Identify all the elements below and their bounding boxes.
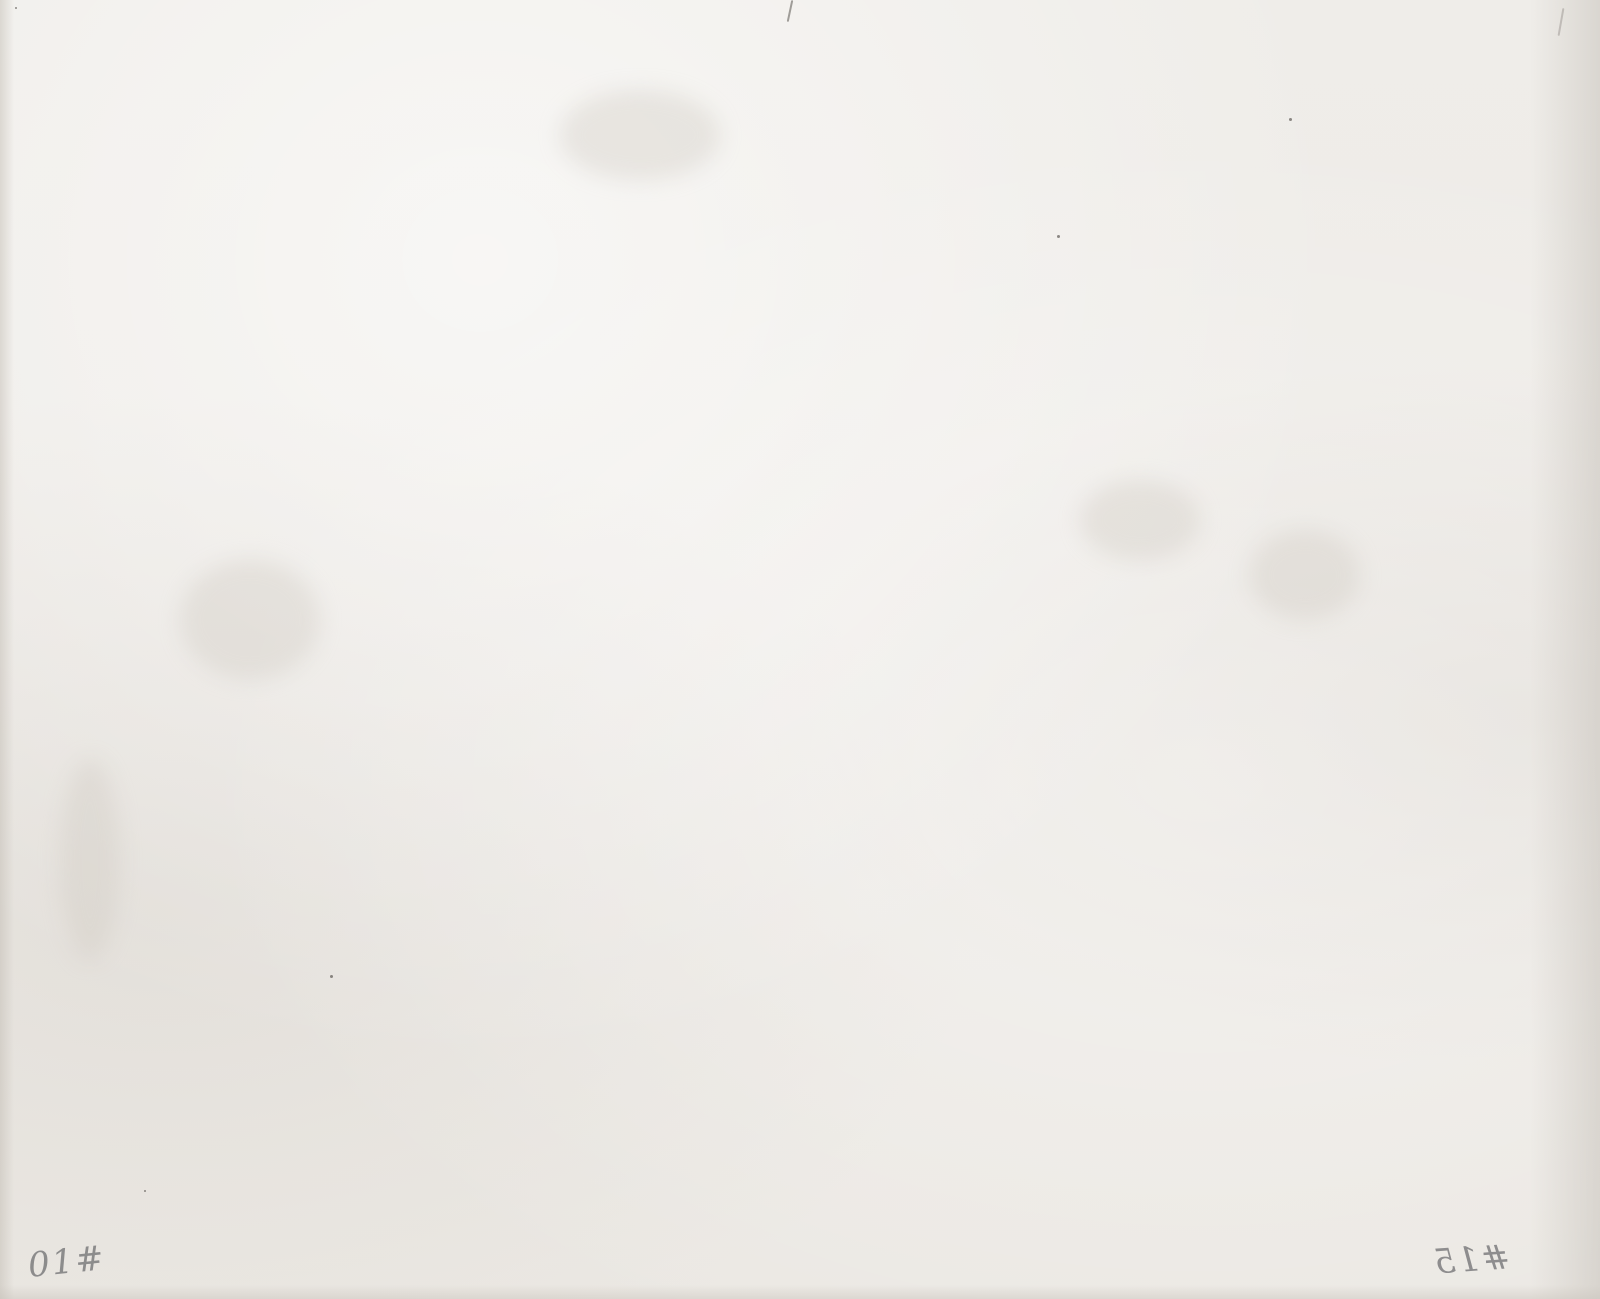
paper-speck — [1057, 235, 1060, 238]
paper-stain — [1080, 480, 1200, 560]
paper-speck — [1289, 118, 1292, 121]
paper-sheet: 01# #15 — [0, 0, 1600, 1299]
pencil-annotation-bottom-right: #15 — [1431, 1237, 1511, 1282]
paper-stain — [560, 90, 720, 180]
paper-stain — [180, 560, 320, 680]
paper-edge-left — [0, 0, 14, 1299]
paper-speck — [15, 7, 17, 9]
pencil-annotation-bottom-left: 01# — [26, 1238, 108, 1286]
crease-mark — [787, 0, 794, 22]
paper-stain — [60, 760, 120, 960]
paper-edge-bottom — [0, 1285, 1600, 1299]
paper-edge-right — [1530, 0, 1600, 1299]
paper-speck — [144, 1190, 146, 1192]
paper-speck — [330, 975, 333, 978]
paper-stain — [1250, 530, 1360, 620]
